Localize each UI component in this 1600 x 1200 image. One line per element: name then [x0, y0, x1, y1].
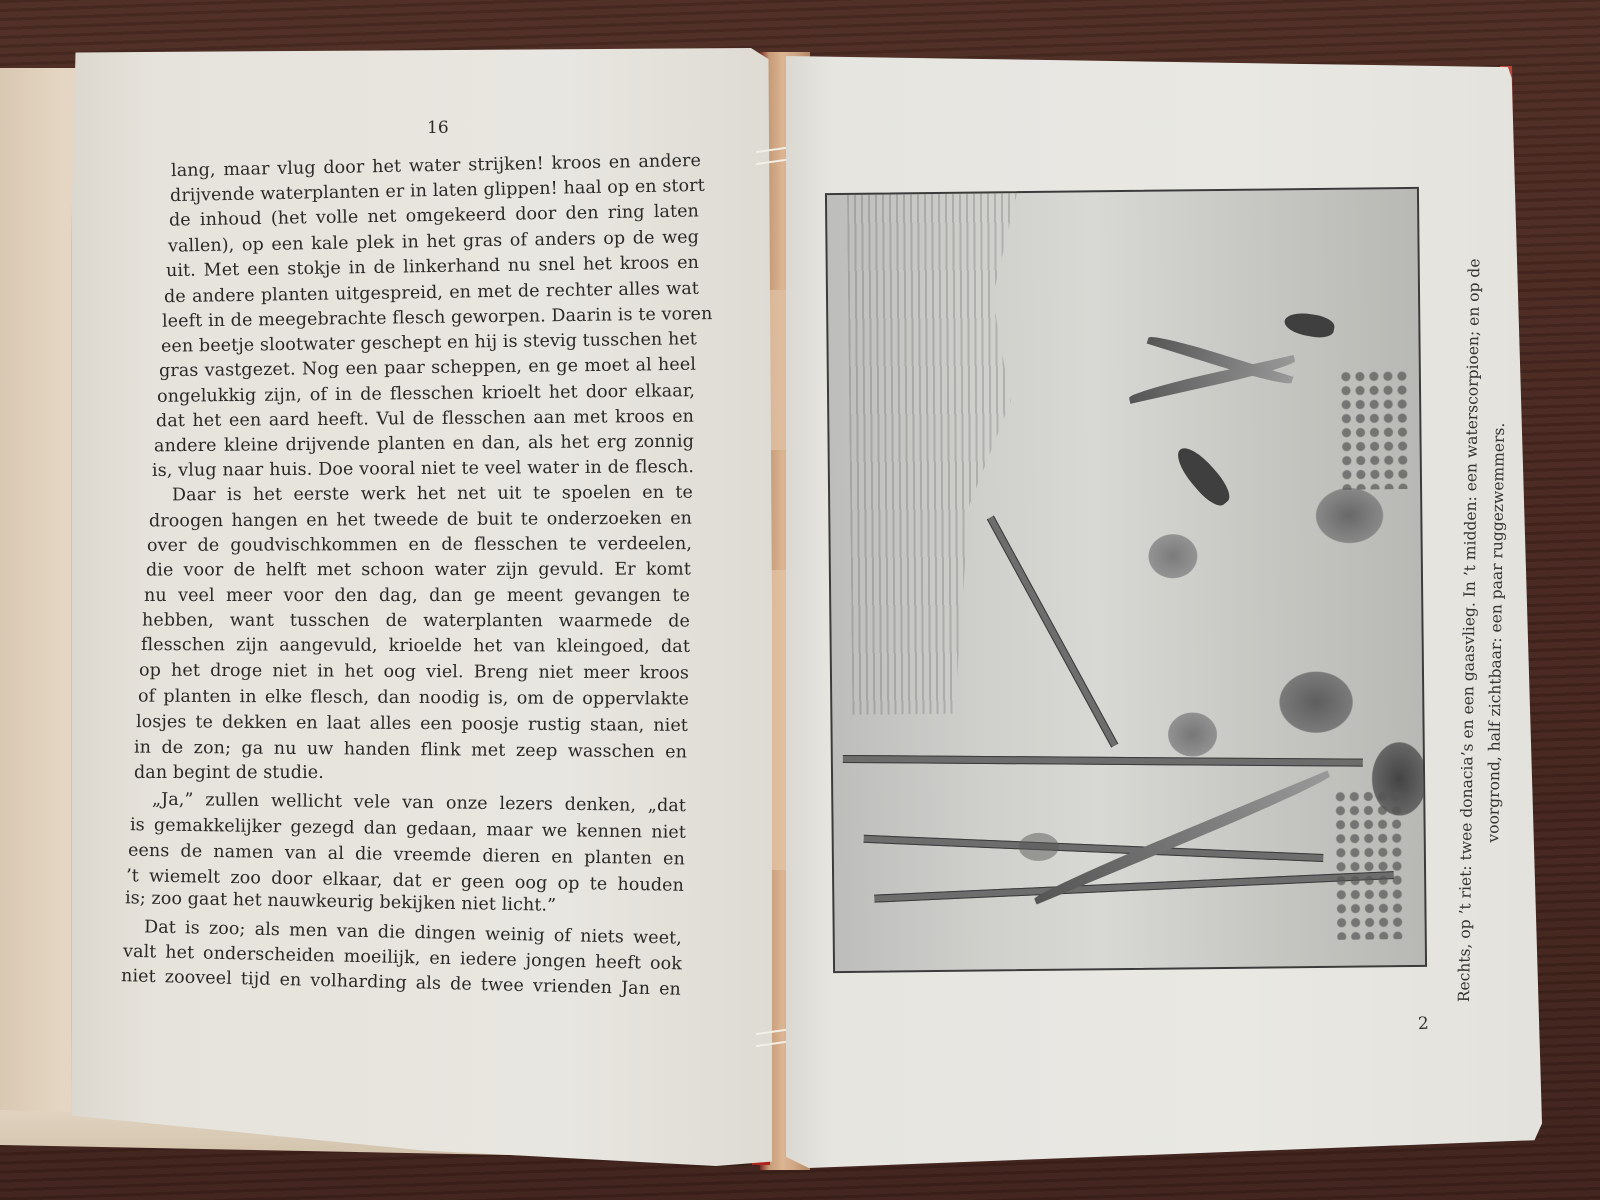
text-line: dan begint de studie.	[134, 763, 324, 783]
donacia-beetle-icon	[1283, 310, 1336, 340]
reed-stem-icon	[987, 516, 1118, 748]
text-line: ongelukkig zijn, of in de flesschen krio…	[157, 381, 695, 407]
illustration-shore-hatching	[847, 193, 1022, 715]
text-line: droogen hangen en het tweede de buit te …	[149, 509, 692, 532]
text-line: hebben, want tusschen de waterplanten wa…	[142, 611, 690, 632]
text-line: gras vastgezet. Nog een paar scheppen, e…	[159, 355, 696, 382]
text-line: is gemakkelijker gezegd dan gedaan, maar…	[130, 815, 686, 843]
text-line: nu veel meer voor den dag, dan ge meent …	[144, 586, 690, 606]
text-line: drijvende waterplanten er in laten glipp…	[170, 176, 700, 206]
text-line: of planten in elke flesch, dan noodig is…	[138, 687, 689, 710]
text-line: de andere planten uitgespreid, en met de…	[164, 279, 699, 307]
text-line: die voor de helft met schoon water zijn …	[146, 560, 691, 581]
text-line: losjes te dekken en laat alles een poosj…	[136, 712, 688, 736]
text-line: flesschen zijn aangevuld, krioelde het v…	[141, 635, 690, 657]
page-number-right: 2	[1418, 1014, 1430, 1034]
text-line: op het droge niet in het oog viel. Breng…	[139, 661, 689, 684]
text-line: over de goudvischkommen en de flesschen …	[147, 534, 692, 556]
text-line: „Ja,” zullen wellicht vele van onze leze…	[152, 790, 686, 817]
text-line: in de zon; ga nu uw handen flink met zee…	[134, 738, 687, 763]
text-line: leeft in de meegebrachte flesch geworpen…	[162, 304, 697, 331]
text-line: vallen), op een kale plek in het gras of…	[168, 227, 699, 256]
duckweed-cluster	[1333, 789, 1405, 940]
lacewing-icon	[1019, 833, 1059, 861]
text-line: de inhoud (het volle net omgekeerd door …	[169, 201, 699, 230]
illustration-caption: Rechts, op ’t riet: twee donacia’s en ee…	[1451, 182, 1516, 1003]
text-line: eens de namen van al die vreemde dieren …	[128, 841, 685, 870]
text-line: dat het een aard heeft. Vul de flesschen…	[156, 407, 694, 432]
text-line: een beetje slootwater geschept en hij is…	[161, 329, 696, 356]
text-line: Daar is het eerste werk het net uit te s…	[172, 483, 693, 506]
text-line: is, vlug naar huis. Doe vooral niet te v…	[152, 457, 694, 481]
duckweed-cluster	[1339, 369, 1410, 490]
text-line: uit. Met een stokje in de linkerhand nu …	[166, 253, 699, 281]
text-line: andere kleine drijvende planten en dan, …	[154, 432, 694, 457]
pond-illustration	[825, 187, 1427, 973]
reed-stem-icon	[843, 755, 1363, 767]
reed-stem-icon	[874, 871, 1394, 903]
book-photo: 16 lang, maar vlug door het water strijk…	[0, 0, 1600, 1200]
reed-stem-icon	[864, 835, 1324, 862]
water-scorpion-icon	[1170, 441, 1235, 511]
